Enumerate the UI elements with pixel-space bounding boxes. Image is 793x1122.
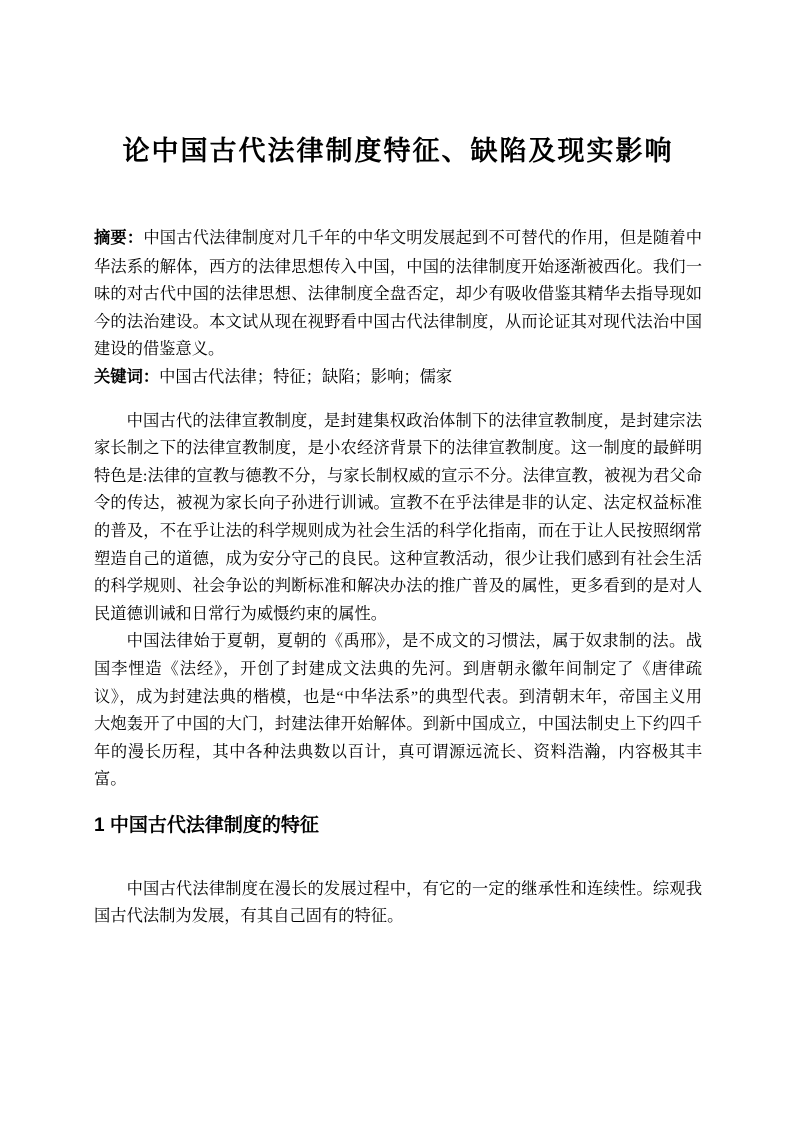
document-page: 论中国古代法律制度特征、缺陷及现实影响 摘要：中国古代法律制度对几千年的中华文明…	[0, 0, 793, 1122]
keywords-text: 中国古代法律；特征；缺陷；影响；儒家	[159, 367, 452, 386]
body-paragraph: 中国法律始于夏朝，夏朝的《禹邢》，是不成文的习惯法，属于奴隶制的法。战国李悝造《…	[94, 627, 702, 793]
body-paragraph: 中国古代的法律宣教制度，是封建集权政治体制下的法律宣教制度，是封建宗法家长制之下…	[94, 407, 702, 628]
section-paragraph: 中国古代法律制度在漫长的发展过程中，有它的一定的继承性和连续性。综观我国古代法制…	[94, 875, 702, 930]
document-title: 论中国古代法律制度特征、缺陷及现实影响	[94, 133, 702, 169]
keywords: 关键词：中国古代法律；特征；缺陷；影响；儒家	[94, 363, 702, 392]
abstract-text: 中国古代法律制度对几千年的中华文明发展起到不可替代的作用，但是随着中华法系的解体…	[94, 228, 702, 358]
abstract: 摘要：中国古代法律制度对几千年的中华文明发展起到不可替代的作用，但是随着中华法系…	[94, 224, 702, 363]
keywords-label: 关键词：	[94, 368, 159, 386]
abstract-label: 摘要：	[94, 229, 143, 247]
section-heading: 1 中国古代法律制度的特征	[94, 811, 702, 841]
